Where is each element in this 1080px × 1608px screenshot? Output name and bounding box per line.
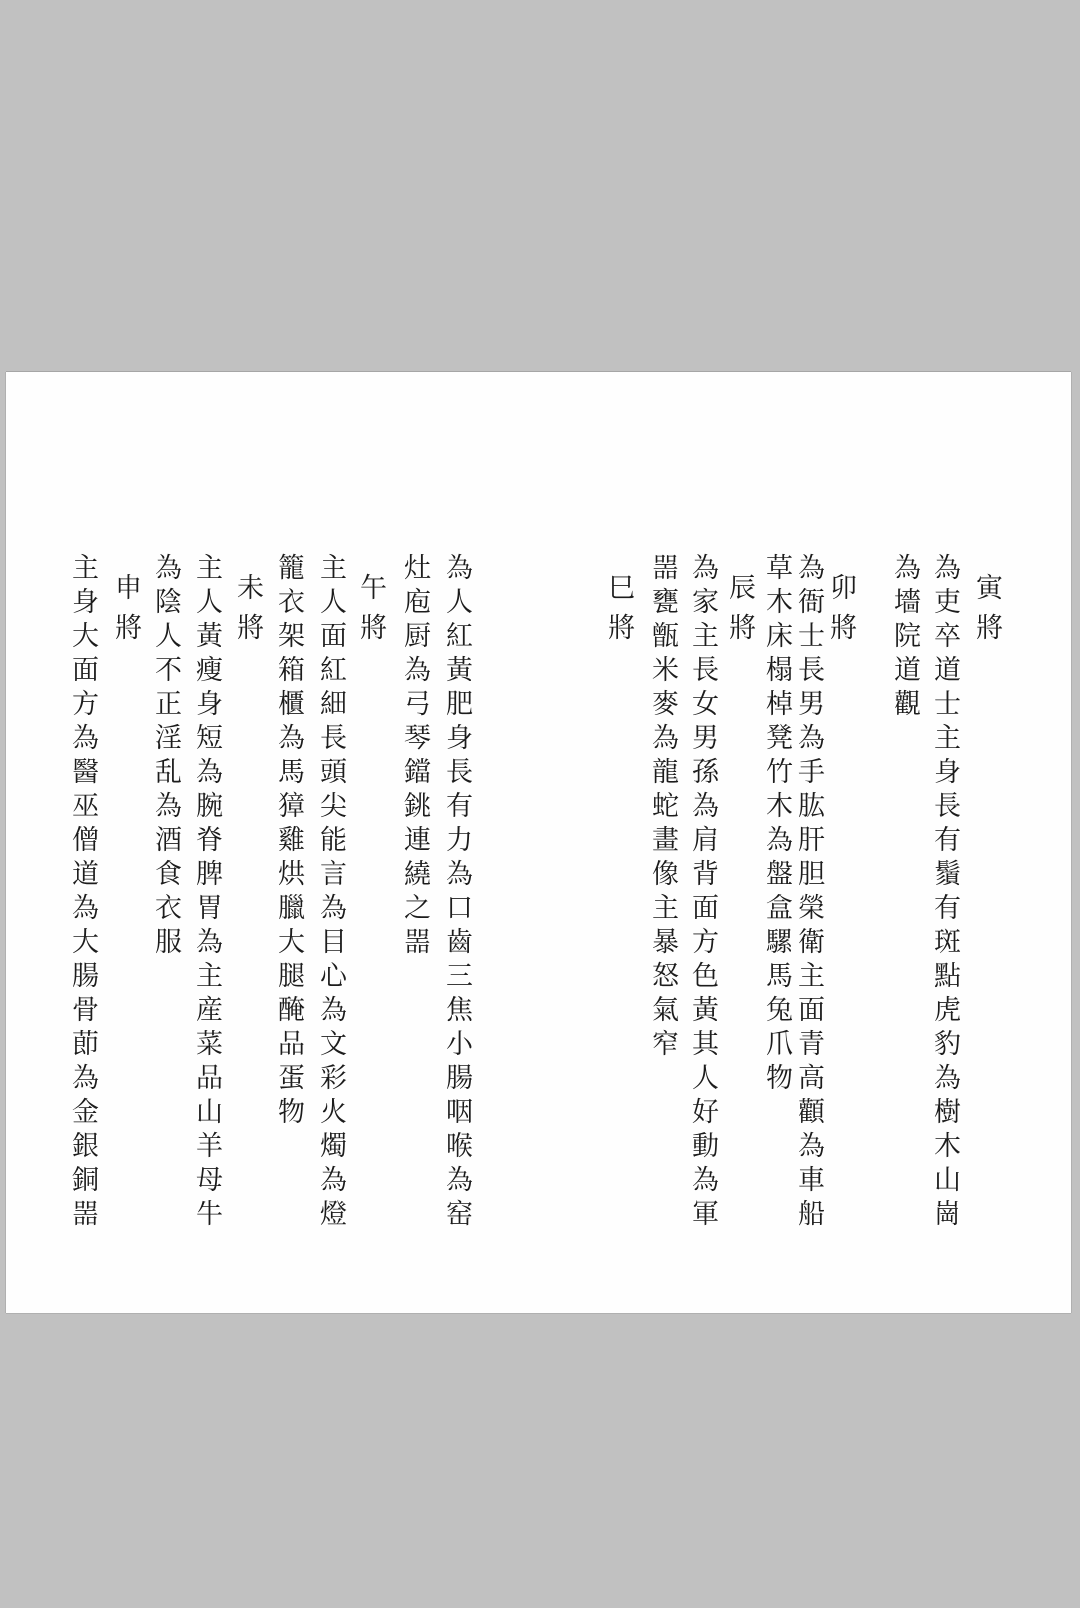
- section-mao-column-2: 草木床榻棹凳竹木為盤盒騾馬兔爪物: [760, 553, 792, 1097]
- section-chen-column-1: 為家主長女男孫為肩背面方色黃其人好動為軍: [686, 553, 718, 1233]
- scanned-page: 寅將 為吏卒道士主身長有鬚有斑點虎豹為樹木山崗 為墻院道觀 卯將 為衙士長男為手…: [6, 372, 1071, 1313]
- section-yin-column-2: 為墻院道觀: [888, 553, 920, 723]
- section-wei-column-2: 為陰人不正淫乱為酒食衣服: [149, 553, 181, 961]
- section-chen-column-2: 噐甕甑米麥為龍蛇畫像主暴怒氣窄: [646, 553, 678, 1063]
- section-si-column-1: 為人紅黃肥身長有力為口齒三焦小腸咽喉為窑: [440, 553, 472, 1233]
- section-shen-column-1: 主身大面方為醫巫僧道為大腸骨莭為金銀銅噐: [66, 553, 98, 1233]
- section-mao-column-1: 為衙士長男為手肱肝胆榮衛主面青高顴為車船: [792, 553, 824, 1233]
- section-wei-column-1: 主人黃瘦身短為腕脊脾胃為主産菜品山羊母牛: [190, 553, 222, 1233]
- scan-background: 寅將 為吏卒道士主身長有鬚有斑點虎豹為樹木山崗 為墻院道觀 卯將 為衙士長男為手…: [0, 0, 1080, 1608]
- section-wu-column-1: 主人面紅細長頭尖能言為目心為文彩火燭為燈: [314, 553, 346, 1233]
- section-shen-heading: 申將: [109, 573, 141, 653]
- section-si-column-2: 灶庖厨為弓琴鐺銚連繞之噐: [398, 553, 430, 961]
- section-wei-heading: 未將: [231, 573, 263, 653]
- section-mao-heading: 卯將: [824, 573, 856, 653]
- section-yin-heading: 寅將: [970, 573, 1002, 653]
- section-yin-column-1: 為吏卒道士主身長有鬚有斑點虎豹為樹木山崗: [928, 553, 960, 1233]
- section-wu-column-2: 籠衣架箱櫃為馬獐雞烘臘大腿醃品蛋物: [272, 553, 304, 1131]
- section-chen-heading: 辰將: [723, 573, 755, 653]
- section-wu-heading: 午將: [354, 573, 386, 653]
- section-si-heading: 巳將: [602, 573, 634, 653]
